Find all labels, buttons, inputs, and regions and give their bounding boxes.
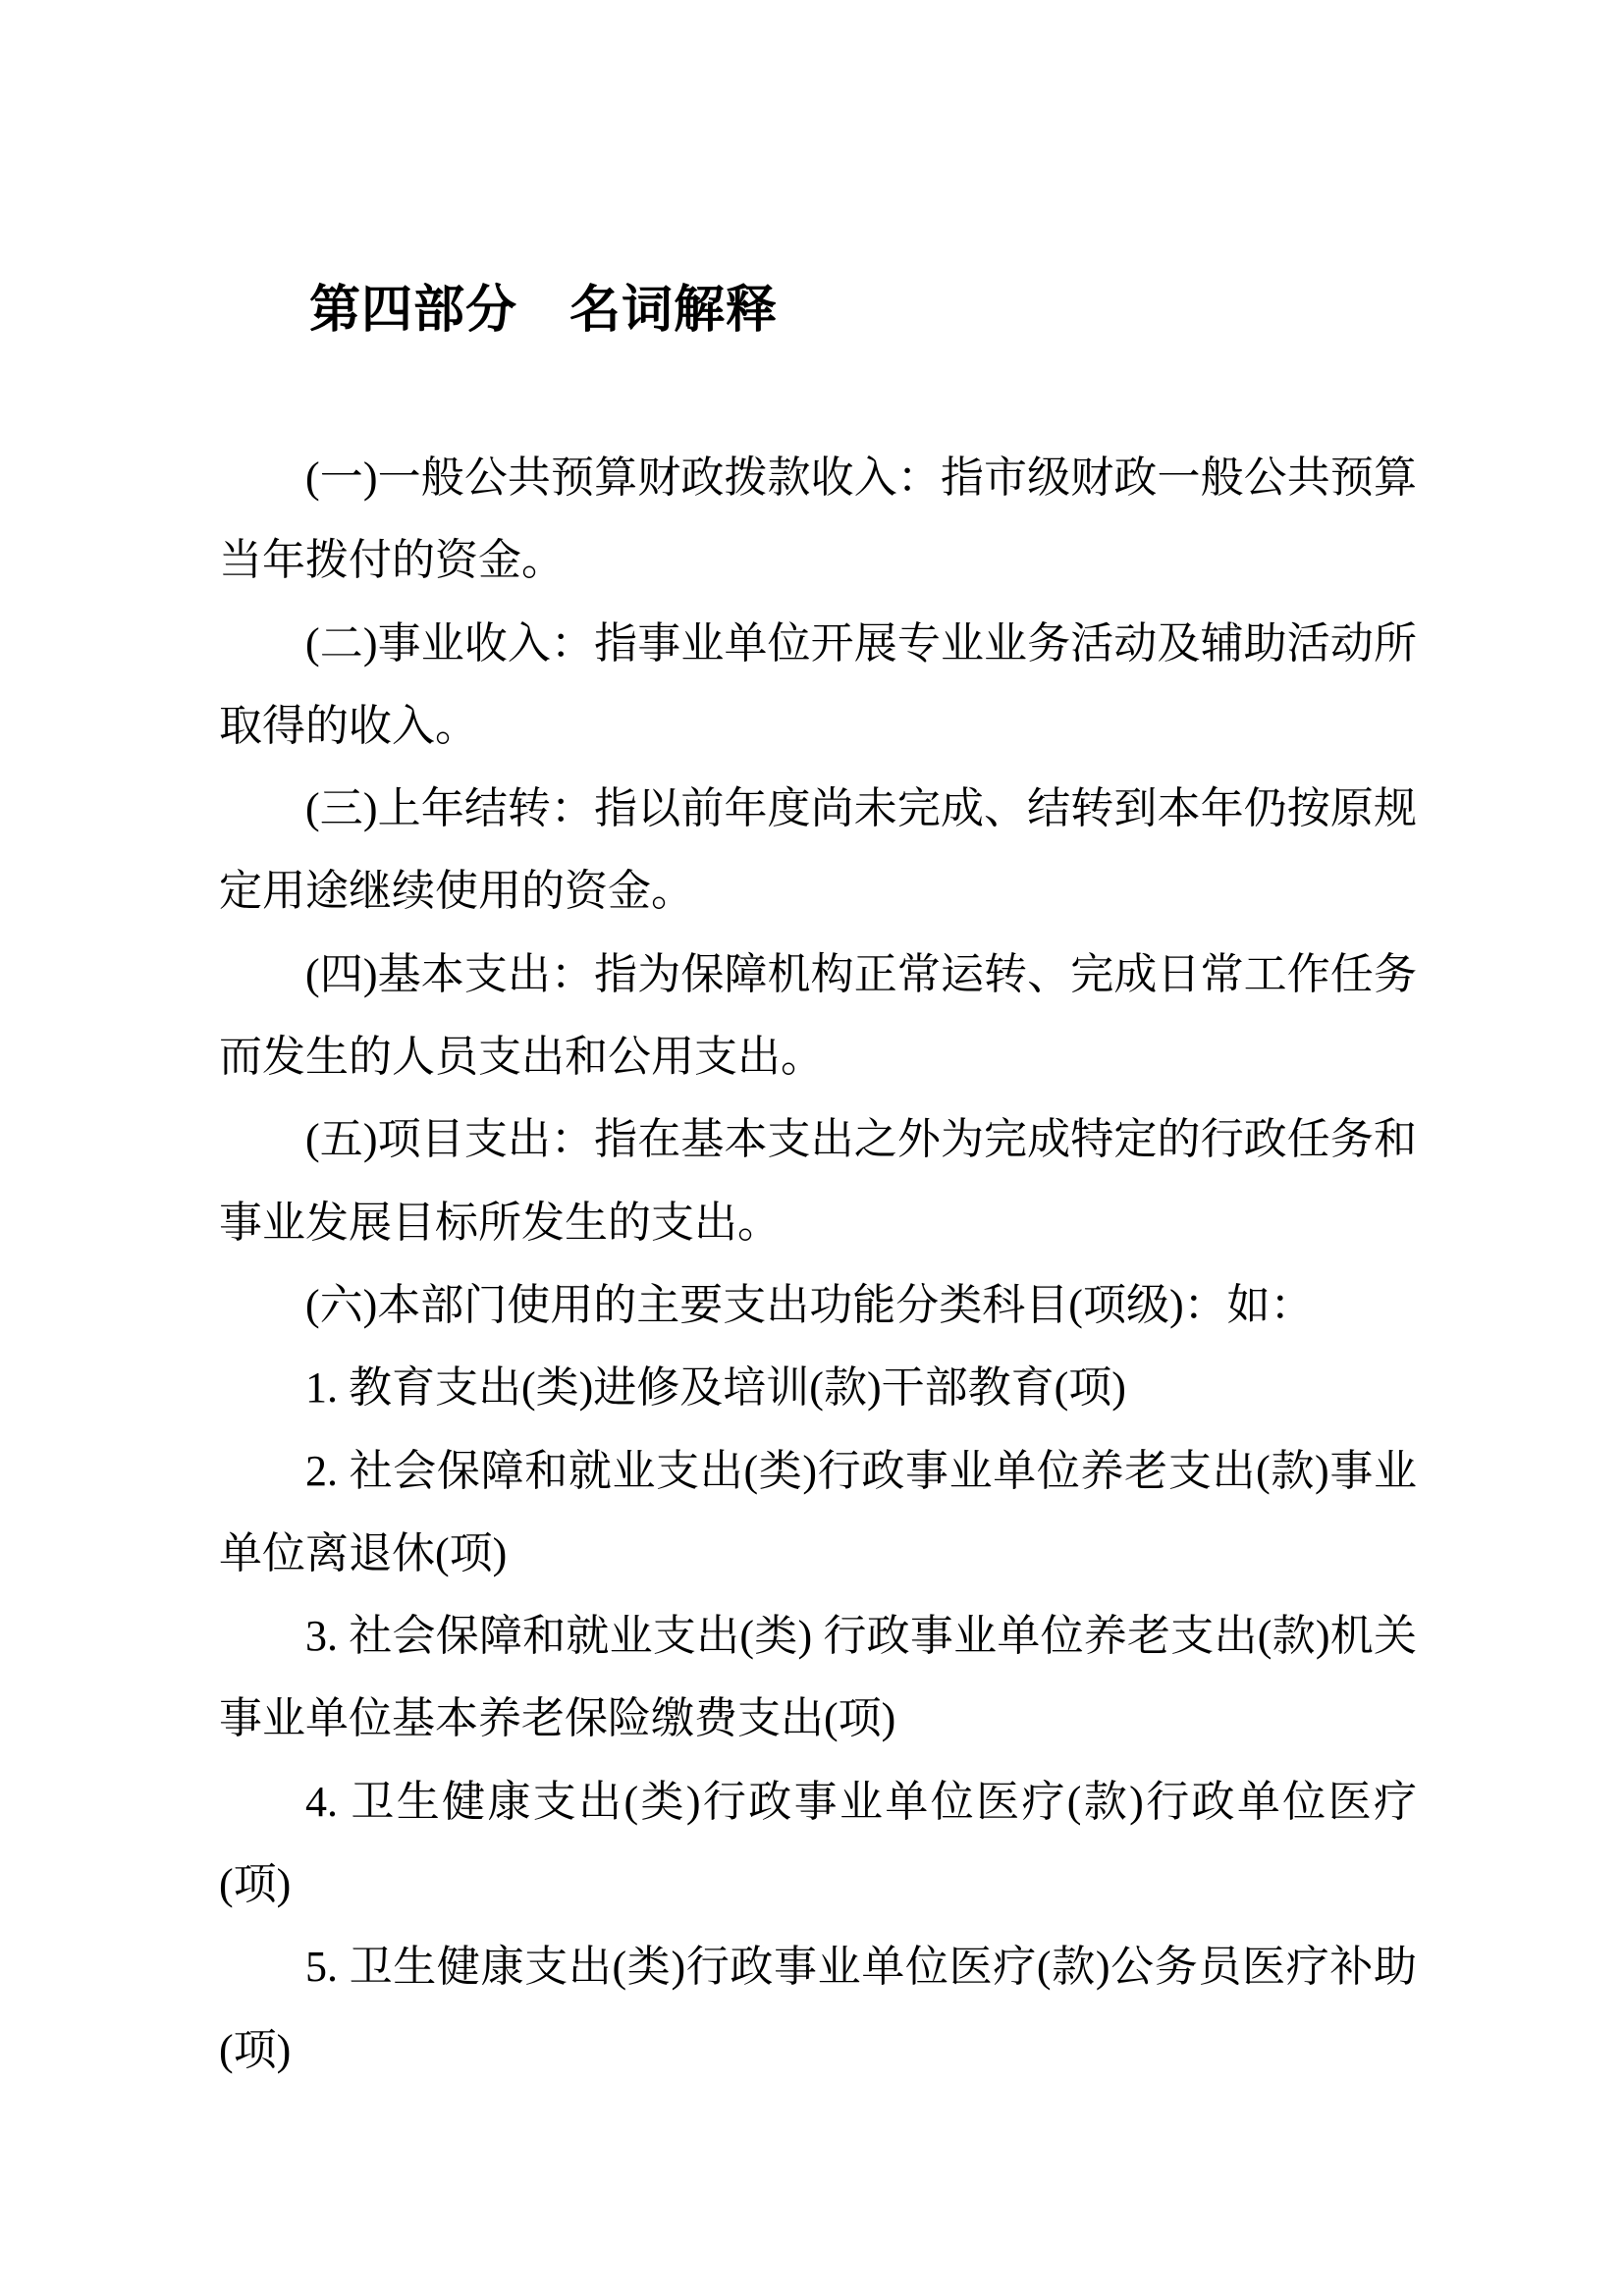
def-operational-income: (二)事业收入：指事业单位开展专业业务活动及辅助活动所取得的收入。 <box>219 603 1417 769</box>
def-general-public-budget-allocation-income: (一)一般公共预算财政拨款收入：指市级财政一般公共预算当年拨付的资金。 <box>219 437 1417 603</box>
item-health-administrative-medical: 4. 卫生健康支出(类)行政事业单位医疗(款)行政单位医疗(项) <box>219 1761 1417 1927</box>
item-social-security-retirement: 2. 社会保障和就业支出(类)行政事业单位养老支出(款)事业单位离退休(项) <box>219 1430 1417 1596</box>
document-page: 第四部分 名词解释 (一)一般公共预算财政拨款收入：指市级财政一般公共预算当年拨… <box>0 0 1624 2296</box>
document-body: (一)一般公共预算财政拨款收入：指市级财政一般公共预算当年拨付的资金。 (二)事… <box>219 437 1417 2092</box>
item-education-expenditure: 1. 教育支出(类)进修及培训(款)干部教育(项) <box>219 1347 1417 1429</box>
def-basic-expenditure: (四)基本支出：指为保障机构正常运转、完成日常工作任务而发生的人员支出和公用支出… <box>219 934 1417 1099</box>
def-expenditure-classification-intro: (六)本部门使用的主要支出功能分类科目(项级)：如： <box>219 1264 1417 1347</box>
section-title: 第四部分 名词解释 <box>309 283 1624 338</box>
def-project-expenditure: (五)项目支出：指在基本支出之外为完成特定的行政任务和事业发展目标所发生的支出。 <box>219 1098 1417 1264</box>
item-health-civil-servant-medical-subsidy: 5. 卫生健康支出(类)行政事业单位医疗(款)公务员医疗补助(项) <box>219 1926 1417 2092</box>
def-carryover-from-previous-year: (三)上年结转：指以前年度尚未完成、结转到本年仍按原规定用途继续使用的资金。 <box>219 768 1417 934</box>
item-social-security-pension-contribution: 3. 社会保障和就业支出(类) 行政事业单位养老支出(款)机关事业单位基本养老保… <box>219 1595 1417 1761</box>
